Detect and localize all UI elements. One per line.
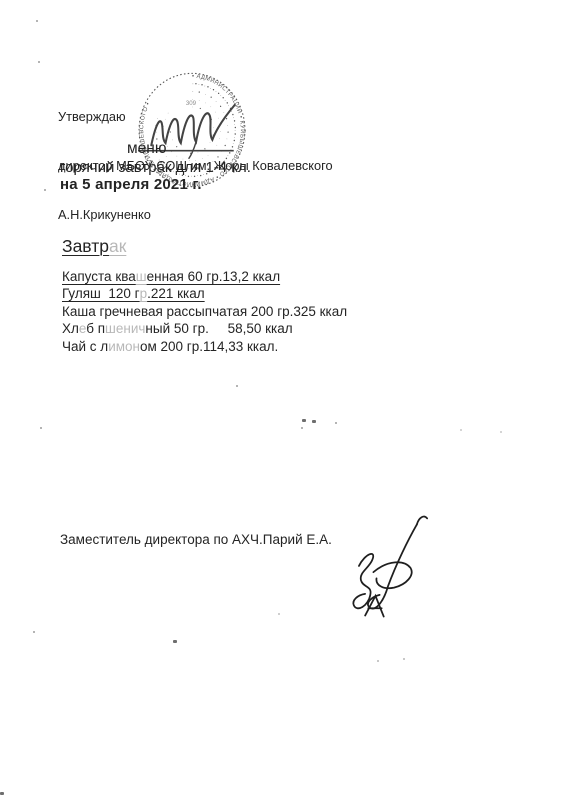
scan-speck — [301, 427, 303, 429]
scan-speck — [40, 427, 42, 429]
deputy-signature-svg — [330, 504, 454, 632]
signatory-title: Заместитель директора по АХЧ.Парий Е.А. — [60, 532, 332, 547]
text-segment: шенич — [105, 321, 145, 336]
scan-speck — [38, 61, 40, 63]
text-segment: Чай с л — [62, 339, 108, 354]
text-segment: б п — [86, 321, 105, 336]
text-segment: ш — [136, 269, 147, 284]
scan-speck — [377, 660, 379, 662]
stamp-svg: • АДМИНИСТРАЦИИ • КУЙБЫШЕВСКОГО • АДМИНИ… — [135, 69, 249, 191]
scan-speck — [312, 420, 316, 423]
text-segment: енная 60 гр.13,2 ккал — [147, 269, 280, 284]
stamp-ring5-text: · • · • · • · • · • · • · • — [168, 104, 217, 156]
text-segment: имон — [108, 339, 140, 354]
text-segment: Капуста ква — [62, 269, 136, 284]
text-segment: Каша гречневая рассыпчатая 200 гр.325 кк… — [62, 304, 347, 319]
menu-item: Капуста квашенная 60 гр.13,2 ккал — [62, 268, 347, 285]
scan-speck — [335, 422, 337, 424]
scan-speck — [302, 419, 306, 422]
menu-item: Каша гречневая рассыпчатая 200 гр.325 кк… — [62, 303, 347, 320]
scan-speck — [173, 640, 177, 643]
scan-speck — [0, 792, 4, 795]
text-segment: ный 50 гр. 58,50 ккал — [145, 321, 292, 336]
official-round-stamp-icon: • АДМИНИСТРАЦИИ • КУЙБЫШЕВСКОГО • АДМИНИ… — [135, 33, 249, 155]
scan-speck — [36, 20, 38, 22]
approval-line-director-name: А.Н.Крикуненко — [58, 207, 333, 223]
scan-speck — [236, 385, 238, 387]
scan-speck — [403, 658, 405, 660]
scan-speck — [460, 429, 462, 431]
scan-speck — [33, 631, 35, 633]
text-segment: Хл — [62, 321, 79, 336]
deputy-signature — [330, 468, 454, 596]
scan-speck — [500, 431, 502, 433]
menu-items: Капуста квашенная 60 гр.13,2 ккалГуляш 1… — [62, 268, 347, 355]
scanned-document-page: Утверждаю директор МБОУ СОШ им. Жоры Ков… — [0, 0, 566, 800]
text-segment: е — [79, 321, 86, 336]
stamp-center-number: 309 — [186, 100, 197, 107]
menu-item: Гуляш 120 гр.221 ккал — [62, 285, 347, 302]
scan-speck — [44, 189, 46, 191]
text-segment: р — [140, 286, 148, 301]
menu-item: Чай с лимоном 200 гр.114,33 ккал. — [62, 338, 347, 355]
text-segment: ом 200 гр.114,33 ккал. — [140, 339, 278, 354]
text-segment: Гуляш 120 г — [62, 286, 140, 301]
menu-item: Хлеб пшеничный 50 гр. 58,50 ккал — [62, 320, 347, 337]
scan-speck — [278, 613, 280, 615]
text-segment: .221 ккал — [147, 286, 205, 301]
